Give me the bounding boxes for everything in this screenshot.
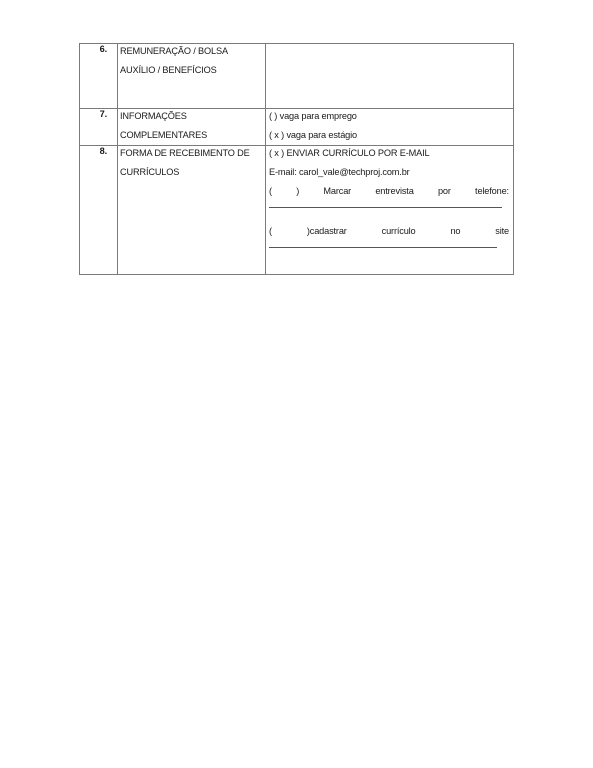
forma-recebimento-options: ( x ) ENVIAR CURRÍCULO POR E-MAIL E-mail… xyxy=(266,146,514,275)
checkbox-mark[interactable]: ( ) xyxy=(269,111,277,121)
checkbox-mark[interactable]: ( x ) xyxy=(269,130,284,140)
remuneracao-value-field[interactable] xyxy=(266,44,514,109)
row-label: INFORMAÇÕES COMPLEMENTARES xyxy=(118,109,266,146)
checkbox-open[interactable]: ( xyxy=(269,182,272,201)
option-vaga-emprego[interactable]: ( ) vaga para emprego xyxy=(269,107,513,126)
table-row-remuneracao: 6. REMUNERAÇÃO / BOLSA AUXÍLIO / BENEFÍC… xyxy=(80,44,514,109)
checkbox-close[interactable]: ) xyxy=(296,182,299,201)
row-label: FORMA DE RECEBIMENTO DE CURRÍCULOS xyxy=(118,146,266,275)
label-line: COMPLEMENTARES xyxy=(120,126,265,145)
option-text: vaga para estágio xyxy=(286,130,357,140)
option-vaga-estagio[interactable]: ( x ) vaga para estágio xyxy=(269,126,513,145)
row-number: 6. xyxy=(80,44,118,109)
row-number: 8. xyxy=(80,146,118,275)
email-address: E-mail: carol_vale@techproj.com.br xyxy=(269,163,513,182)
checkbox-open[interactable]: ( xyxy=(269,222,272,241)
option-enviar-email[interactable]: ( x ) ENVIAR CURRÍCULO POR E-MAIL xyxy=(269,144,513,163)
label-line: FORMA DE RECEBIMENTO DE xyxy=(120,144,265,163)
label-line: CURRÍCULOS xyxy=(120,163,265,182)
option-cadastrar-site[interactable]: ( )cadastrar currículo no site xyxy=(269,222,509,241)
document-page: 6. REMUNERAÇÃO / BOLSA AUXÍLIO / BENEFÍC… xyxy=(0,0,593,768)
option-marcar-entrevista[interactable]: ( ) Marcar entrevista por telefone: xyxy=(269,182,509,201)
informacoes-options: ( ) vaga para emprego ( x ) vaga para es… xyxy=(266,109,514,146)
job-posting-form-table: 6. REMUNERAÇÃO / BOLSA AUXÍLIO / BENEFÍC… xyxy=(79,43,514,275)
label-line: INFORMAÇÕES xyxy=(120,107,265,126)
row-number: 7. xyxy=(80,109,118,146)
telefone-blank-line[interactable] xyxy=(269,207,502,208)
site-blank-line[interactable] xyxy=(269,247,497,248)
label-line: REMUNERAÇÃO / BOLSA xyxy=(120,42,265,61)
option-text: vaga para emprego xyxy=(280,111,357,121)
table-row-forma-recebimento: 8. FORMA DE RECEBIMENTO DE CURRÍCULOS ( … xyxy=(80,146,514,275)
row-label: REMUNERAÇÃO / BOLSA AUXÍLIO / BENEFÍCIOS xyxy=(118,44,266,109)
table-row-informacoes: 7. INFORMAÇÕES COMPLEMENTARES ( ) vaga p… xyxy=(80,109,514,146)
label-line: AUXÍLIO / BENEFÍCIOS xyxy=(120,61,265,80)
option-text: ENVIAR CURRÍCULO POR E-MAIL xyxy=(286,148,429,158)
checkbox-mark[interactable]: ( x ) xyxy=(269,148,284,158)
